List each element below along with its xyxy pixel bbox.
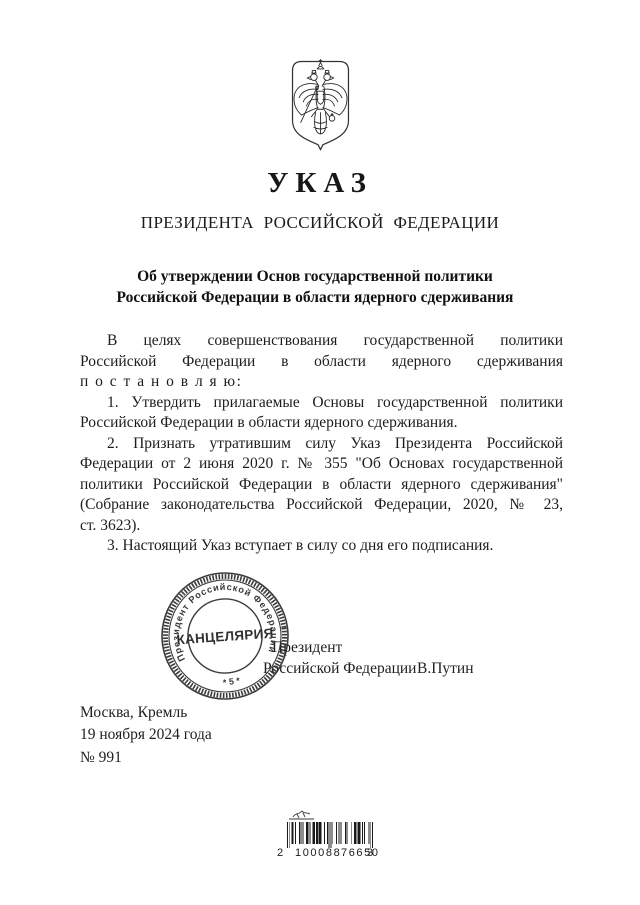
chancellery-stamp: Президент Российской Федерации * 5 * КАН… — [150, 561, 300, 711]
body-line: Российской Федерации в области ядерного … — [80, 413, 563, 434]
decree-page: УКАЗ ПРЕЗИДЕНТА РОССИЙСКОЙ ФЕДЕРАЦИИ Об … — [0, 0, 640, 905]
body-line: Российской Федерации в области ядерного … — [80, 352, 563, 373]
signature-name: В.Путин — [417, 660, 474, 678]
body-line: В целях совершенствования государственно… — [80, 331, 563, 352]
dateline-place: Москва, Кремль — [80, 704, 187, 722]
ean13-barcode — [287, 822, 373, 849]
barcode-digit-group: 76650 — [341, 847, 380, 859]
body-line: 2. Признать утратившим силу Указ Президе… — [80, 434, 563, 455]
issuer-line: ПРЕЗИДЕНТА РОССИЙСКОЙ ФЕДЕРАЦИИ — [0, 213, 640, 233]
dateline-date: 19 ноября 2024 года — [80, 726, 212, 744]
stamp-center-text: КАНЦЕЛЯРИЯ — [176, 626, 274, 648]
body-line: политики Российской Федерации в области … — [80, 475, 563, 496]
barcode-digit-group: 2 — [277, 847, 283, 859]
decree-body: В целях совершенствования государственно… — [80, 331, 563, 557]
decree-subject-title: Об утверждении Основ государственной пол… — [80, 266, 550, 308]
barcode-digit-group: 3 — [367, 847, 373, 859]
body-line: п о с т а н о в л я ю: — [80, 372, 563, 393]
body-line: ст. 3623). — [80, 516, 563, 537]
russian-coat-of-arms-icon — [281, 54, 360, 153]
body-line: 1. Утвердить прилагаемые Основы государс… — [80, 393, 563, 414]
body-line: 3. Настоящий Указ вступает в силу со дня… — [80, 536, 563, 557]
stamp-bottom-text: * 5 * — [222, 675, 241, 687]
decree-number: № 991 — [80, 749, 122, 767]
decree-subject-line-1: Об утверждении Основ государственной пол… — [80, 266, 550, 287]
decree-subject-line-2: Российской Федерации в области ядерного … — [80, 287, 550, 308]
barcode-digit-group: 100088 — [295, 847, 341, 859]
document-type-title: УКАЗ — [0, 167, 640, 200]
body-line: Федерации от 2 июня 2020 г. № 355 "Об Ос… — [80, 454, 563, 475]
body-line: (Собрание законодательства Российской Фе… — [80, 495, 563, 516]
